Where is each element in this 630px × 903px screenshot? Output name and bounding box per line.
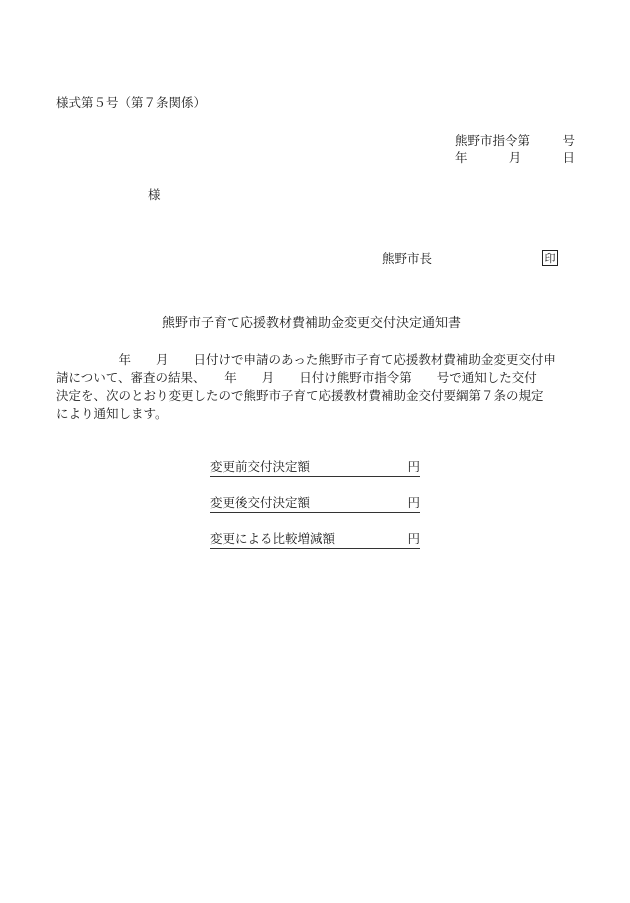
body-line: 決定を、次のとおり変更したので熊野市子育て応援教材費補助金交付要綱第７条の規定: [56, 387, 578, 405]
body-line: 年 月 日付けで申請のあった熊野市子育て応援教材費補助金変更交付申: [56, 351, 578, 369]
body-line: により通知します。: [56, 405, 578, 423]
form-number: 様式第５号（第７条関係）: [56, 97, 206, 110]
reference-year: 年: [455, 152, 468, 169]
issuer-title: 熊野市長: [382, 253, 432, 266]
reference-month: 月: [509, 152, 522, 169]
amount-unit: 円: [407, 461, 420, 474]
amount-unit: 円: [407, 533, 420, 546]
amount-row-after: 変更後交付決定額 円: [210, 497, 420, 513]
amount-unit: 円: [407, 497, 420, 510]
amount-label: 変更による比較増減額: [210, 533, 335, 546]
reference-date-row: 年 月 日: [455, 152, 575, 169]
amount-row-before: 変更前交付決定額 円: [210, 461, 420, 477]
seal-icon: 印: [542, 250, 558, 266]
amount-label: 変更後交付決定額: [210, 497, 310, 510]
reference-day: 日: [562, 152, 575, 169]
addressee-suffix: 様: [148, 189, 161, 202]
reference-block: 熊野市指令第 号 年 月 日: [455, 135, 575, 169]
document-title: 熊野市子育て応援教材費補助金変更交付決定通知書: [162, 317, 461, 330]
amount-label: 変更前交付決定額: [210, 461, 310, 474]
amount-row-difference: 変更による比較増減額 円: [210, 533, 420, 549]
body-paragraph: 年 月 日付けで申請のあった熊野市子育て応援教材費補助金変更交付申 請について、…: [56, 351, 578, 423]
body-line: 請について、審査の結果、 年 月 日付け熊野市指令第 号で通知した交付: [56, 369, 578, 387]
